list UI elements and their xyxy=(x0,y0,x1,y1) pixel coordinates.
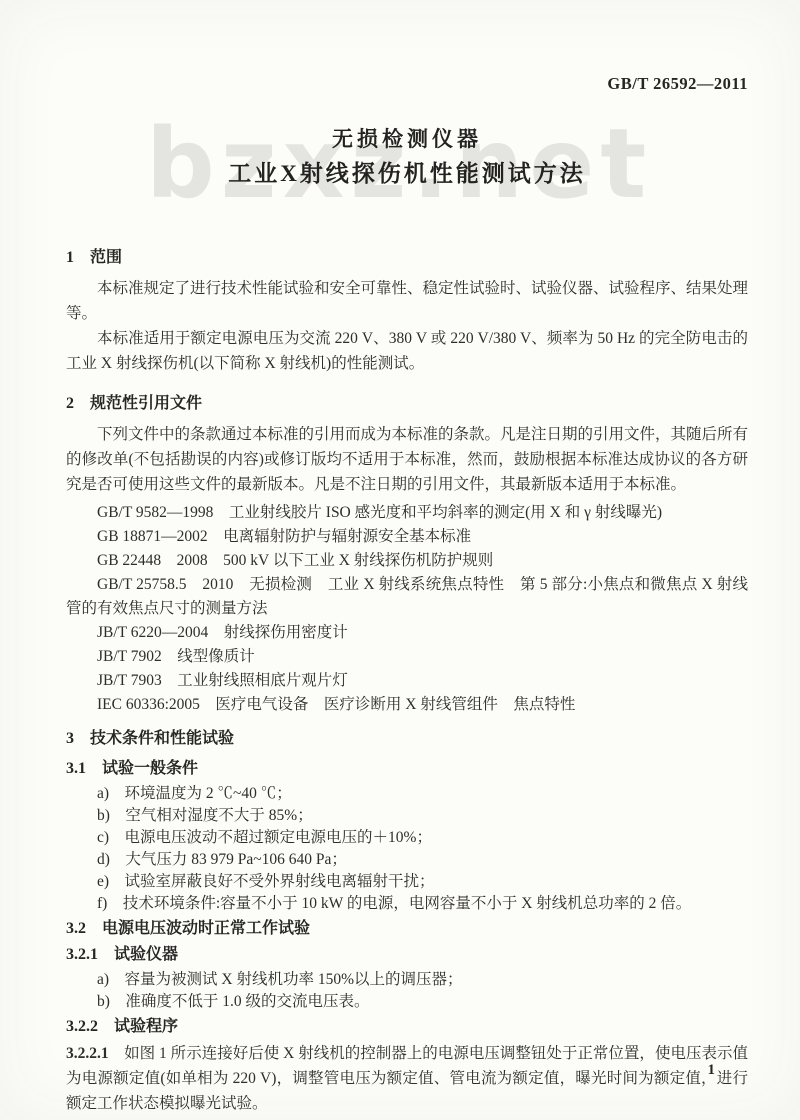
instrument-item-a: a) 容量为被测试 X 射线机功率 150%以上的调压器； xyxy=(66,969,748,991)
section-1-paragraph-2: 本标准适用于额定电源电压为交流 220 V、380 V 或 220 V/380 … xyxy=(66,326,748,376)
page-number: 1 xyxy=(708,1062,716,1079)
clause-number: 3.2.2.1 xyxy=(66,1045,109,1062)
section-3-1-heading: 3.1 试验一般条件 xyxy=(66,757,748,781)
condition-item-c: c) 电源电压波动不超过额定电源电压的＋10%； xyxy=(66,827,748,849)
condition-item-a: a) 环境温度为 2 ℃~40 ℃； xyxy=(66,783,748,805)
reference-item-5: JB/T 6220—2004 射线探伤用密度计 xyxy=(66,621,748,645)
section-3-heading: 3 技术条件和性能试验 xyxy=(66,727,748,751)
reference-item-8: IEC 60336:2005 医疗电气设备 医疗诊断用 X 射线管组件 焦点特性 xyxy=(66,693,748,717)
condition-item-d: d) 大气压力 83 979 Pa~106 640 Pa； xyxy=(66,849,748,871)
title-block: 无损检测仪器 工业X射线探伤机性能测试方法 xyxy=(66,122,748,192)
condition-item-f: f) 技术环境条件:容量不小于 10 kW 的电源，电网容量不小于 X 射线机总… xyxy=(66,893,748,915)
doc-title-line2: 工业X射线探伤机性能测试方法 xyxy=(66,156,748,192)
reference-item-2: GB 18871—2002 电离辐射防护与辐射源安全基本标准 xyxy=(66,525,748,549)
clause-text: 如图 1 所示连接好后使 X 射线机的控制器上的电源电压调整钮处于正常位置，使电… xyxy=(66,1045,748,1112)
reference-item-1: GB/T 9582—1998 工业射线胶片 ISO 感光度和平均斜率的测定(用 … xyxy=(66,501,748,525)
section-1-heading: 1 范围 xyxy=(66,246,748,270)
condition-item-e: e) 试验室屏蔽良好不受外界射线电离辐射干扰； xyxy=(66,871,748,893)
reference-item-7: JB/T 7903 工业射线照相底片观片灯 xyxy=(66,669,748,693)
document-page: bzxz.net GB/T 26592—2011 无损检测仪器 工业X射线探伤机… xyxy=(0,0,800,1120)
section-2-paragraph-1: 下列文件中的条款通过本标准的引用而成为本标准的条款。凡是注日期的引用文件，其随后… xyxy=(66,422,748,497)
clause-3-2-2-1: 3.2.2.1 如图 1 所示连接好后使 X 射线机的控制器上的电源电压调整钮处… xyxy=(66,1041,748,1116)
condition-item-b: b) 空气相对湿度不大于 85%； xyxy=(66,805,748,827)
section-1-paragraph-1: 本标准规定了进行技术性能试验和安全可靠性、稳定性试验时、试验仪器、试验程序、结果… xyxy=(66,276,748,326)
doc-title-line1: 无损检测仪器 xyxy=(66,122,748,156)
standard-number: GB/T 26592—2011 xyxy=(66,74,748,94)
instrument-item-b: b) 准确度不低于 1.0 级的交流电压表。 xyxy=(66,991,748,1013)
reference-item-3: GB 22448 2008 500 kV 以下工业 X 射线探伤机防护规则 xyxy=(66,549,748,573)
section-3-2-2-heading: 3.2.2 试验程序 xyxy=(66,1015,748,1039)
section-3-2-1-heading: 3.2.1 试验仪器 xyxy=(66,943,748,967)
section-2-heading: 2 规范性引用文件 xyxy=(66,392,748,416)
page-content: GB/T 26592—2011 无损检测仪器 工业X射线探伤机性能测试方法 1 … xyxy=(0,0,800,1116)
reference-item-4: GB/T 25758.5 2010 无损检测 工业 X 射线系统焦点特性 第 5… xyxy=(66,573,748,621)
reference-item-6: JB/T 7902 线型像质计 xyxy=(66,645,748,669)
section-3-2-heading: 3.2 电源电压波动时正常工作试验 xyxy=(66,917,748,941)
